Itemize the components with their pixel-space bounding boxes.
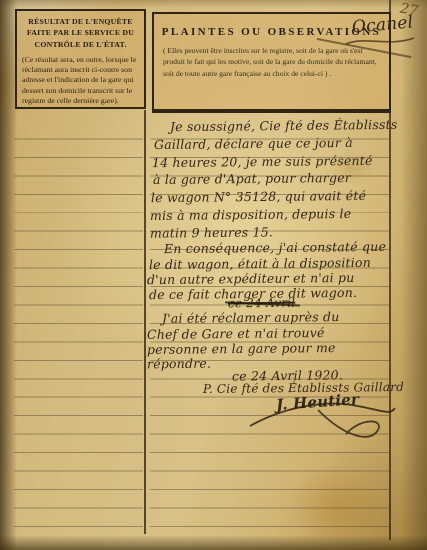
manuscript-line: le wagon N° 35128, qui avait été <box>151 188 366 205</box>
manuscript-line: Gaillard, déclare que ce jour à <box>154 135 353 152</box>
manuscript-line: matin 9 heures 15. <box>150 224 273 240</box>
paper-edge-top <box>0 0 427 8</box>
inquiry-result-title: RÉSULTAT DE L'ENQUÊTE FAITE PAR LE SERVI… <box>22 16 139 50</box>
inquiry-result-box: RÉSULTAT DE L'ENQUÊTE FAITE PAR LE SERVI… <box>15 9 146 109</box>
column-separator-line <box>144 110 146 534</box>
manuscript-line: 14 heures 20, je me suis présenté <box>152 153 373 170</box>
manuscript-line: à la gare d'Apat, pour charger <box>153 170 351 187</box>
manuscript-line: Chef de Gare et n'ai trouvé <box>147 325 325 342</box>
struck-date: ce 24 Avril <box>228 296 295 311</box>
manuscript-line: J'ai été réclamer auprès du <box>162 309 340 326</box>
inquiry-result-body: (Ce résultat sera, en outre, lorsque le … <box>22 55 139 106</box>
paper-edge-bottom <box>0 535 427 550</box>
ruled-lines-left-column <box>14 121 143 534</box>
register-page: 27 RÉSULTAT DE L'ENQUÊTE FAITE PAR LE SE… <box>0 0 427 550</box>
manuscript-line: personne en la gare pour me <box>147 340 336 357</box>
paper-edge-right <box>401 0 427 550</box>
manuscript-line: mis à ma disposition, depuis le <box>150 206 351 223</box>
manuscript-line: répondre. <box>147 356 211 372</box>
manuscript-line: Je soussigné, Cie fté des Établissts <box>170 117 398 134</box>
manuscript-line: En conséquence, j'ai constaté que <box>164 239 386 256</box>
signature-flourish <box>248 392 398 444</box>
